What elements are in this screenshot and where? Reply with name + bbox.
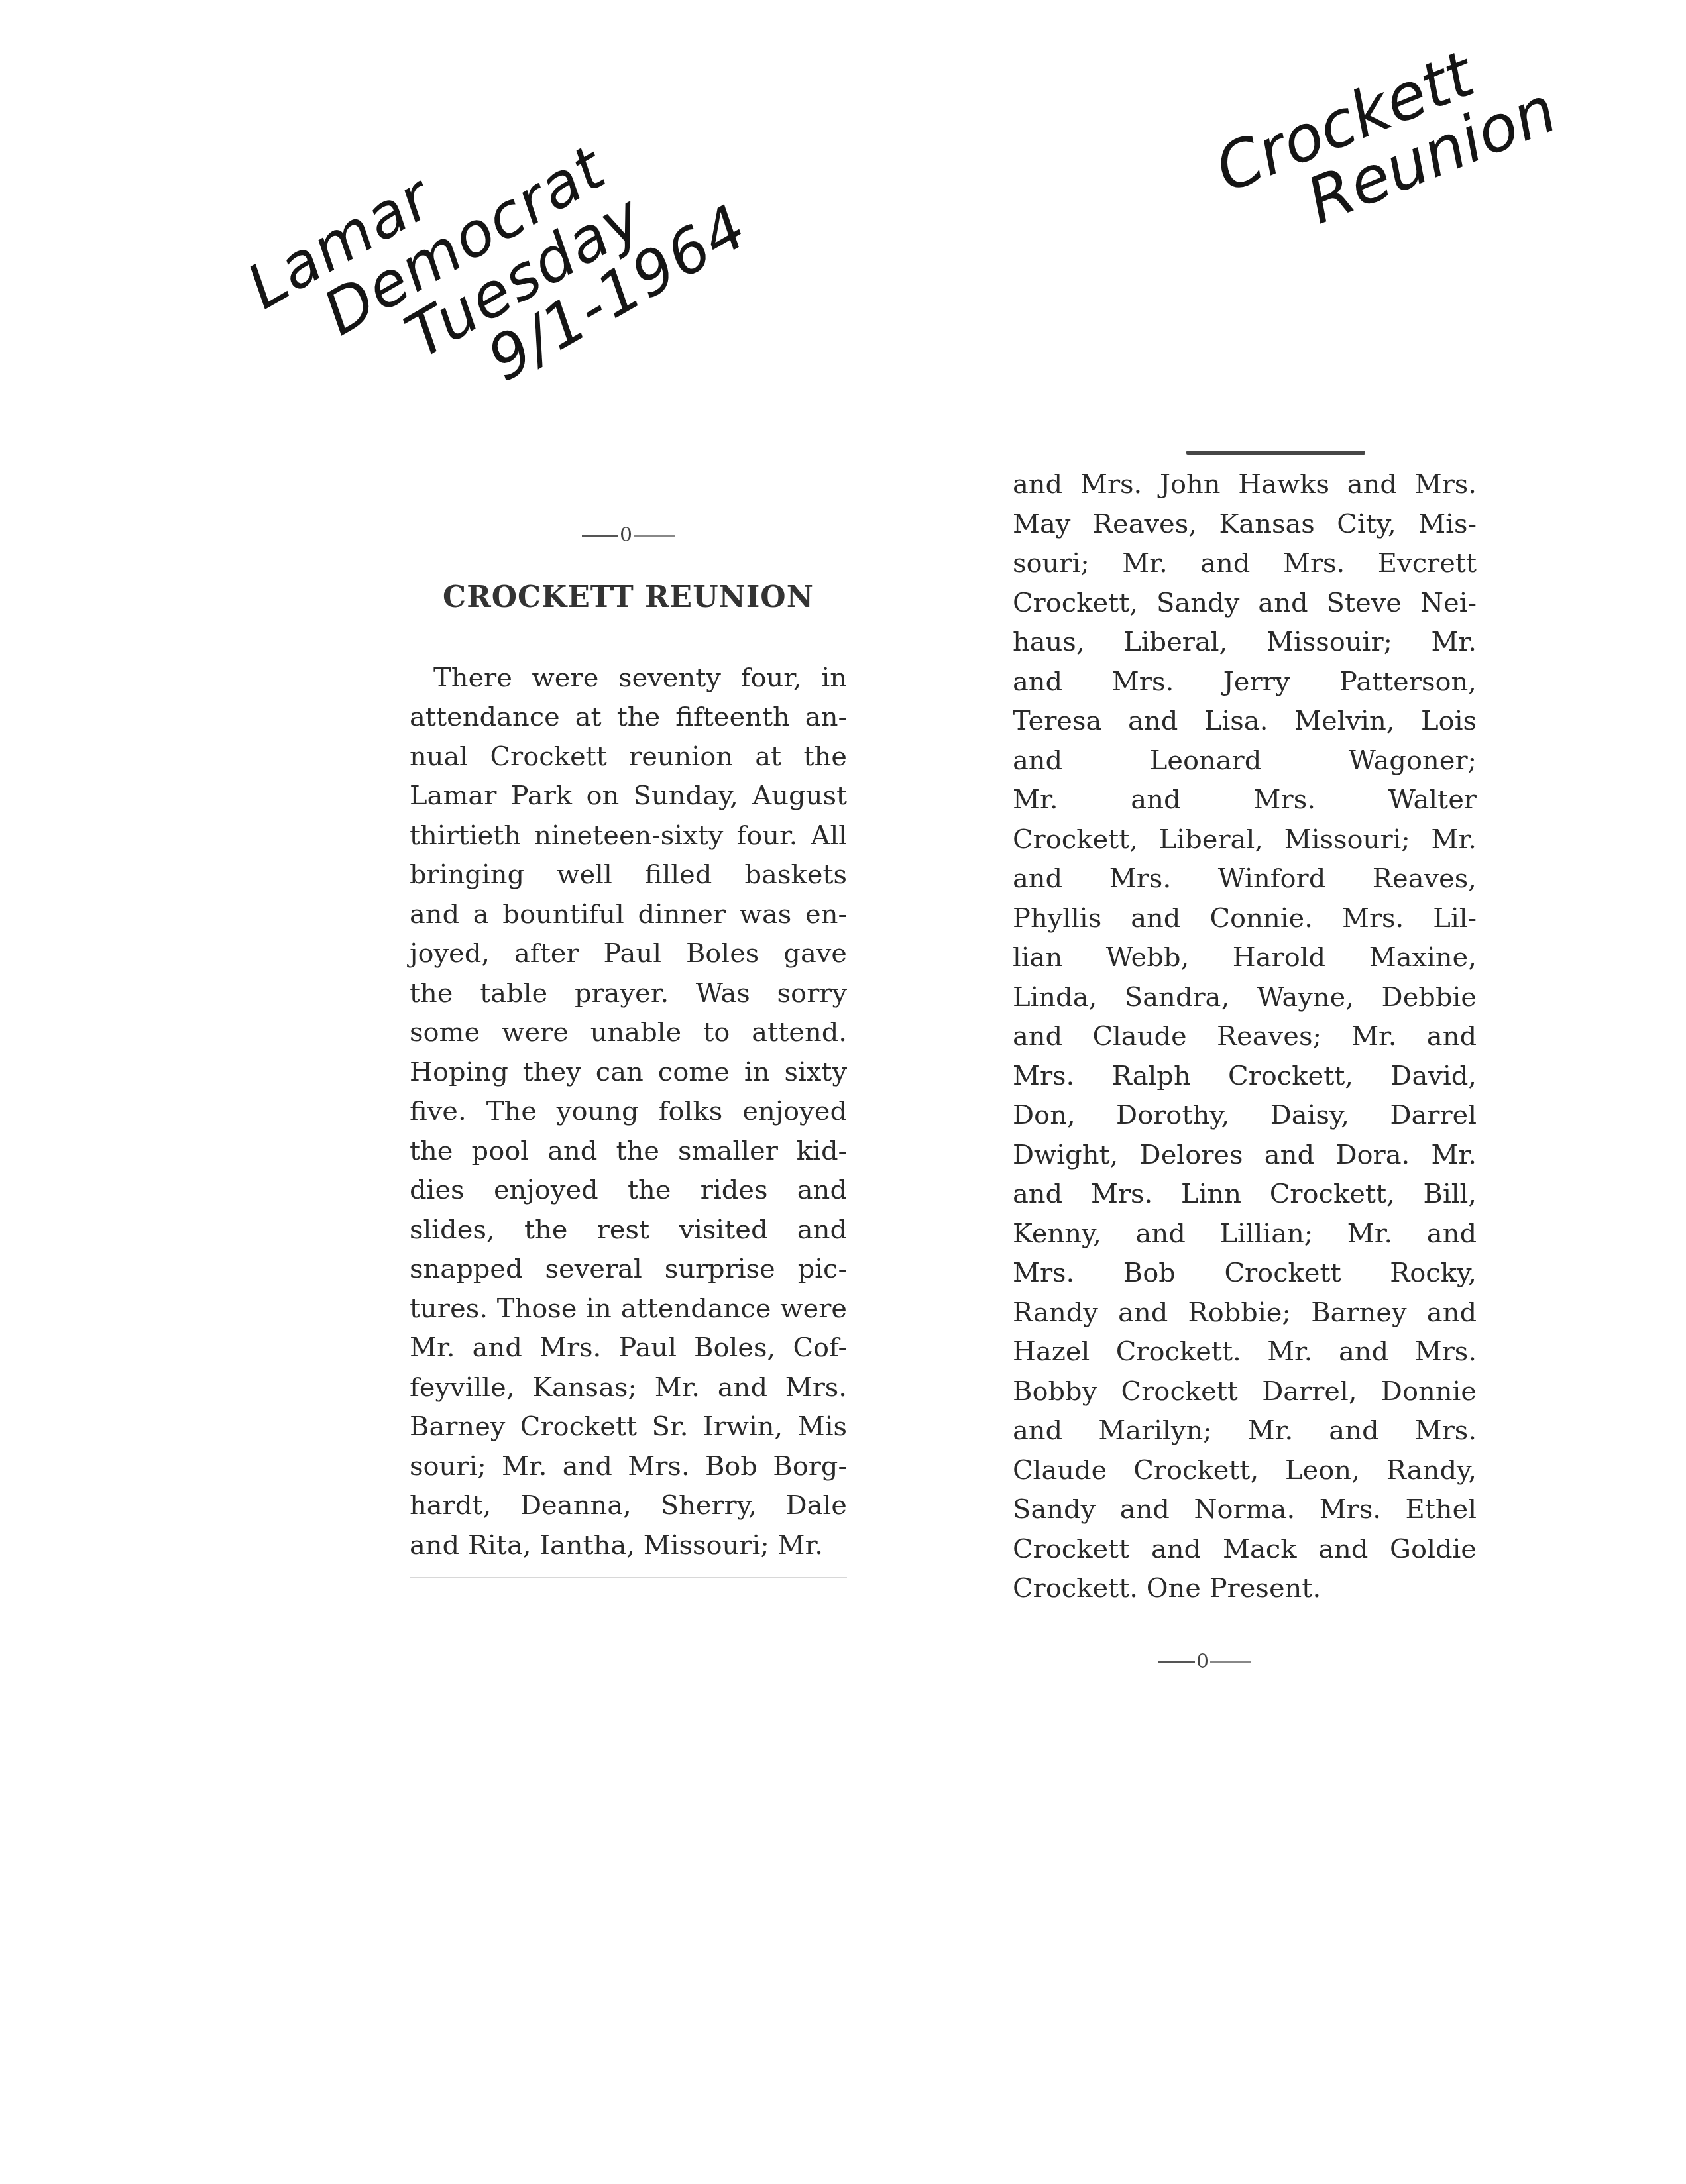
article-headline: CROCKETT REUNION xyxy=(410,578,847,618)
text-line: bringing well filled baskets xyxy=(410,855,847,895)
text-line: Mr. and Mrs. Walter xyxy=(1013,781,1477,820)
text-line: and Mrs. Jerry Patterson, xyxy=(1013,663,1477,702)
text-line: Mrs. Bob Crockett Rocky, xyxy=(1013,1254,1477,1293)
text-line: Claude Crockett, Leon, Randy, xyxy=(1013,1451,1477,1491)
text-line: and Leonard Wagoner; xyxy=(1013,741,1477,781)
ornament-divider: 0 xyxy=(410,522,847,549)
text-line: Randy and Robbie; Barney and xyxy=(1013,1293,1477,1333)
text-line: Kenny, and Lillian; Mr. and xyxy=(1013,1215,1477,1254)
text-line: the table prayer. Was sorry xyxy=(410,974,847,1014)
text-line: Barney Crockett Sr. Irwin, Mis xyxy=(410,1407,847,1447)
text-line: joyed, after Paul Boles gave xyxy=(410,934,847,974)
text-line: Mrs. Ralph Crockett, David, xyxy=(1013,1057,1477,1097)
text-line: slides, the rest visited and xyxy=(410,1211,847,1250)
text-line: five. The young folks enjoyed xyxy=(410,1092,847,1132)
text-line: hardt, Deanna, Sherry, Dale xyxy=(410,1486,847,1526)
text-line: Teresa and Lisa. Melvin, Lois xyxy=(1013,702,1477,741)
text-line: Linda, Sandra, Wayne, Debbie xyxy=(1013,978,1477,1018)
clipping-column-2: and Mrs. John Hawks and Mrs.May Reaves, … xyxy=(1013,451,1477,1675)
text-line: Crockett and Mack and Goldie xyxy=(1013,1530,1477,1570)
text-line: snapped several surprise pic- xyxy=(410,1250,847,1289)
text-line: Phyllis and Connie. Mrs. Lil- xyxy=(1013,899,1477,939)
text-line: Hazel Crockett. Mr. and Mrs. xyxy=(1013,1333,1477,1372)
text-line: Bobby Crockett Darrel, Donnie xyxy=(1013,1372,1477,1412)
text-line: and Mrs. Winford Reaves, xyxy=(1013,859,1477,899)
handwritten-title-note: Crockett Reunion xyxy=(1208,14,1575,261)
text-line: thirtieth nineteen-sixty four. All xyxy=(410,816,847,856)
text-line: some were unable to attend. xyxy=(410,1013,847,1053)
text-line: lian Webb, Harold Maxine, xyxy=(1013,938,1477,978)
text-line: attendance at the fifteenth an- xyxy=(410,698,847,737)
text-line: Don, Dorothy, Daisy, Darrel xyxy=(1013,1096,1477,1136)
end-ornament-divider: 0 xyxy=(933,1649,1477,1675)
article-body-part-1: There were seventy four, inattendance at… xyxy=(410,659,847,1566)
text-line: and a bountiful dinner was en- xyxy=(410,895,847,935)
text-line: Crockett. One Present. xyxy=(1013,1569,1477,1609)
column-top-rule xyxy=(1186,451,1365,455)
text-line: feyville, Kansas; Mr. and Mrs. xyxy=(410,1368,847,1408)
clipping-column-1: 0 CROCKETT REUNION There were seventy fo… xyxy=(410,522,847,1578)
text-line: haus, Liberal, Missouir; Mr. xyxy=(1013,623,1477,663)
text-line: May Reaves, Kansas City, Mis- xyxy=(1013,505,1477,545)
text-line: and Rita, Iantha, Missouri; Mr. xyxy=(410,1526,847,1566)
article-body-part-2: and Mrs. John Hawks and Mrs.May Reaves, … xyxy=(1013,465,1477,1609)
text-line: and Mrs. John Hawks and Mrs. xyxy=(1013,465,1477,505)
text-line: Mr. and Mrs. Paul Boles, Cof- xyxy=(410,1329,847,1368)
text-line: Crockett, Sandy and Steve Nei- xyxy=(1013,584,1477,624)
text-line: Crockett, Liberal, Missouri; Mr. xyxy=(1013,820,1477,860)
text-line: There were seventy four, in xyxy=(410,659,847,698)
text-line: souri; Mr. and Mrs. Evcrett xyxy=(1013,544,1477,584)
text-line: and Marilyn; Mr. and Mrs. xyxy=(1013,1411,1477,1451)
text-line: Lamar Park on Sunday, August xyxy=(410,777,847,816)
text-line: Dwight, Delores and Dora. Mr. xyxy=(1013,1136,1477,1175)
text-line: Sandy and Norma. Mrs. Ethel xyxy=(1013,1490,1477,1530)
text-line: and Mrs. Linn Crockett, Bill, xyxy=(1013,1175,1477,1215)
text-line: the pool and the smaller kid- xyxy=(410,1132,847,1172)
text-line: nual Crockett reunion at the xyxy=(410,737,847,777)
text-line: souri; Mr. and Mrs. Bob Borg- xyxy=(410,1447,847,1487)
text-line: tures. Those in attendance were xyxy=(410,1289,847,1329)
text-line: and Claude Reaves; Mr. and xyxy=(1013,1017,1477,1057)
text-line: Hoping they can come in sixty xyxy=(410,1053,847,1093)
text-line: dies enjoyed the rides and xyxy=(410,1171,847,1211)
handwritten-source-note: Lamar Democrat Tuesday 9/1-1964 xyxy=(238,34,749,456)
